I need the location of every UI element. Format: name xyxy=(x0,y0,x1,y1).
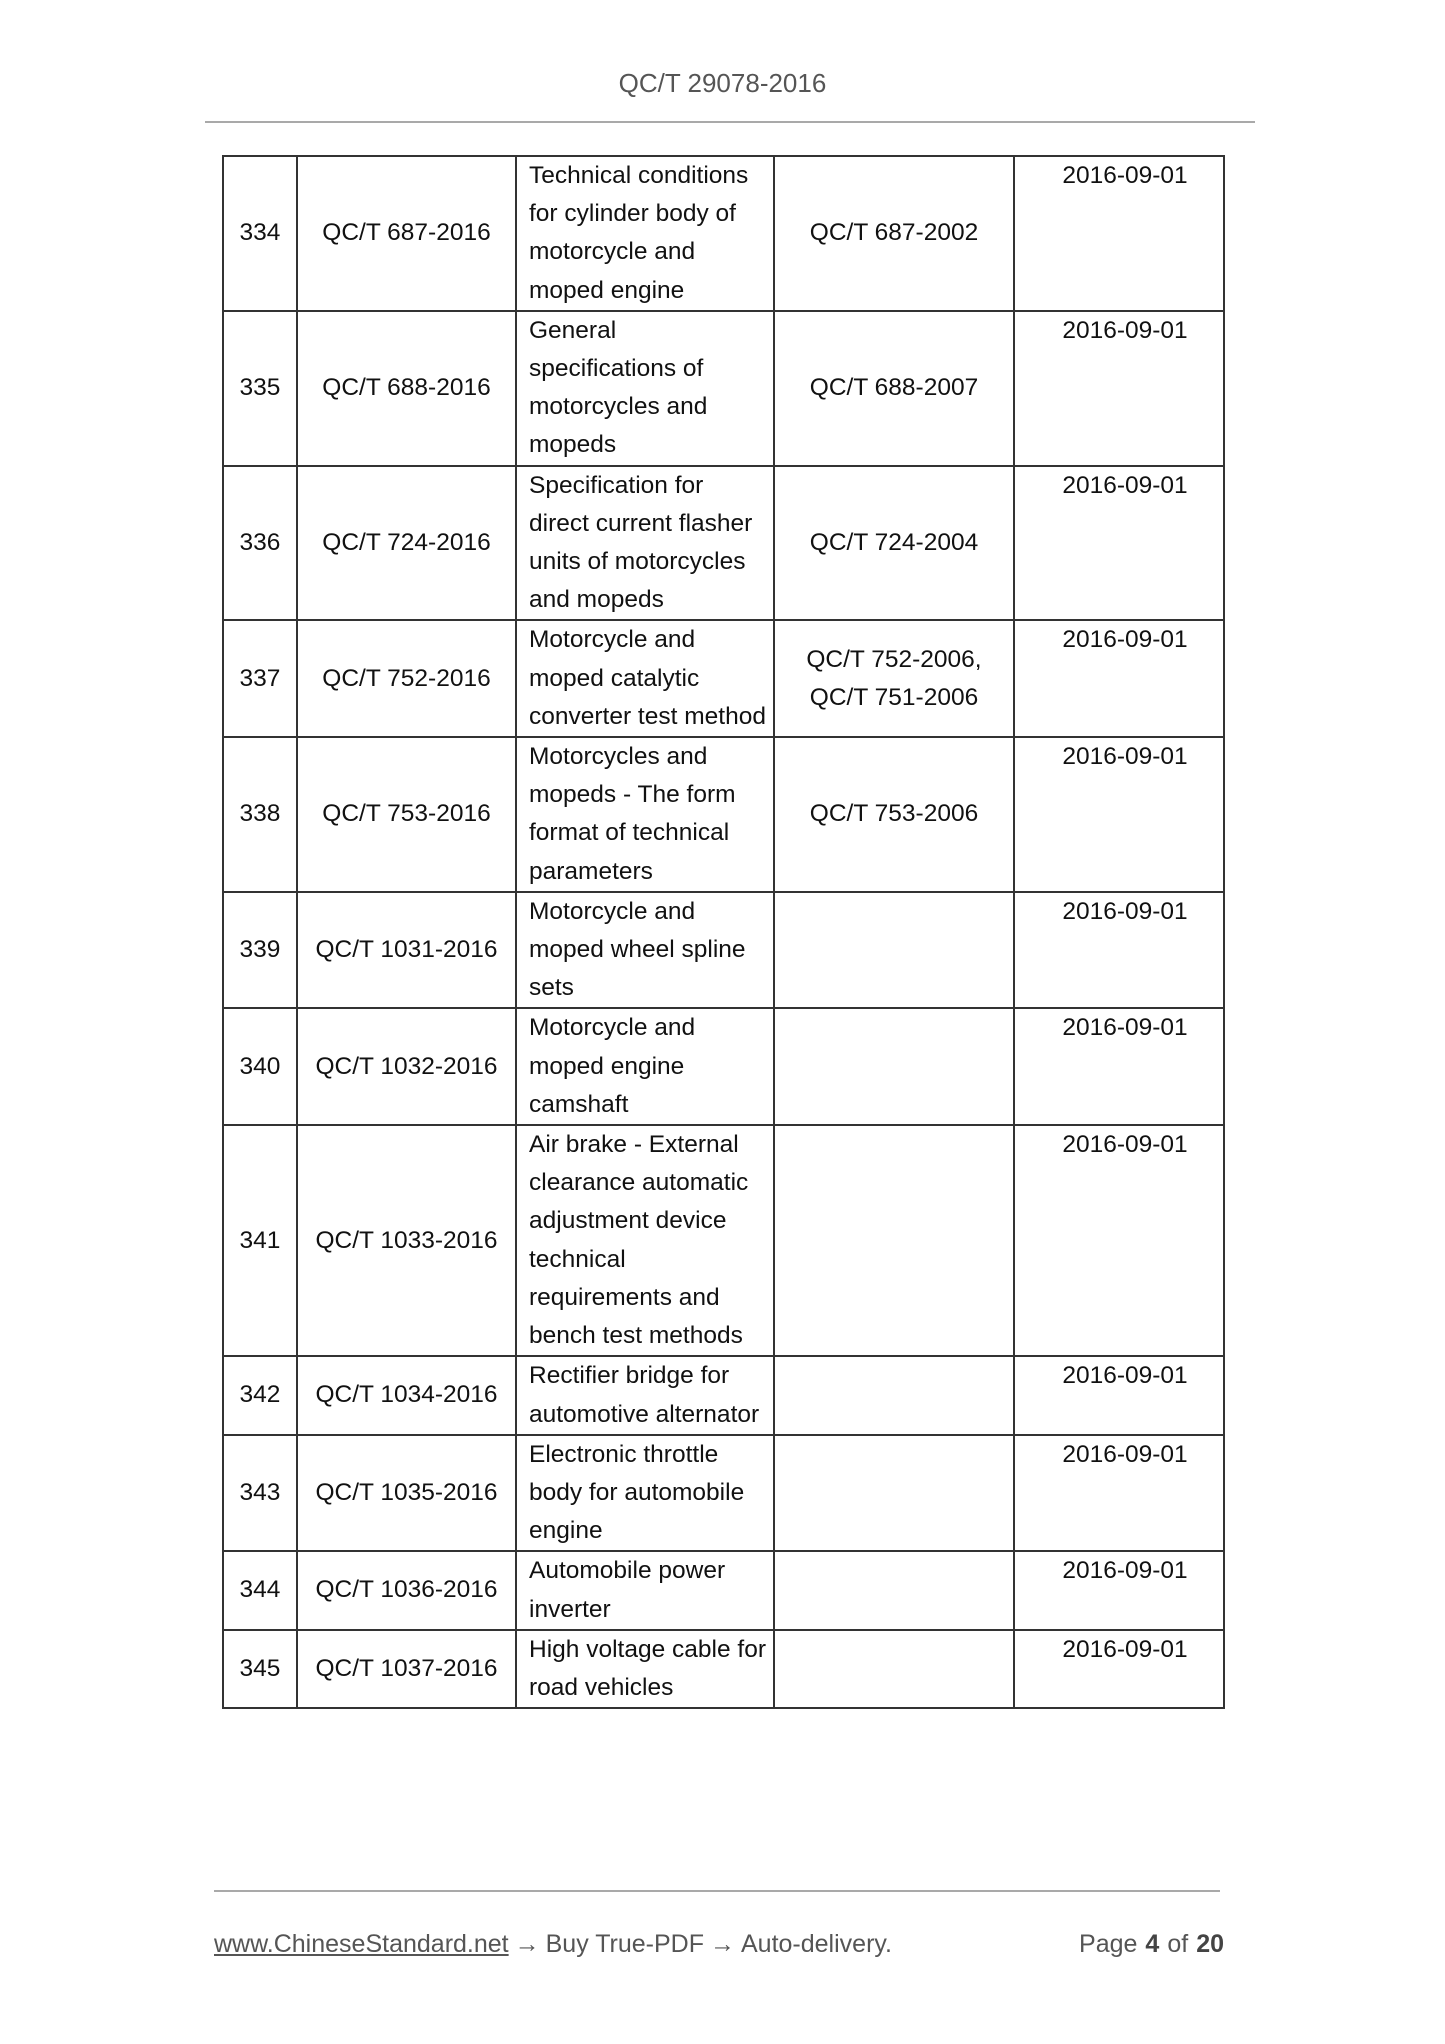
page-indicator: Page4of20 xyxy=(1079,1930,1224,1959)
implementation-date-cell: 2016-09-01 xyxy=(1014,1630,1224,1708)
standard-title-cell: High voltage cable for road vehicles xyxy=(516,1630,774,1708)
replaced-standard-cell xyxy=(774,1630,1014,1708)
footer-divider xyxy=(214,1890,1220,1892)
standard-code-cell: QC/T 687-2016 xyxy=(297,156,516,311)
current-page-number: 4 xyxy=(1145,1930,1159,1958)
standard-code-cell: QC/T 1036-2016 xyxy=(297,1551,516,1629)
document-footer: www.ChineseStandard.net→Buy True-PDF→Aut… xyxy=(214,1930,1224,1959)
row-number-cell: 344 xyxy=(223,1551,297,1629)
row-number-cell: 338 xyxy=(223,737,297,892)
standard-code-cell: QC/T 724-2016 xyxy=(297,466,516,621)
table-row: 343 QC/T 1035-2016 Electronic throttle b… xyxy=(223,1435,1224,1552)
total-page-count: 20 xyxy=(1196,1930,1224,1958)
row-number-cell: 335 xyxy=(223,311,297,466)
standard-title-cell: Motorcycle and moped catalytic converter… xyxy=(516,620,774,737)
implementation-date-cell: 2016-09-01 xyxy=(1014,1551,1224,1629)
footer-promo: www.ChineseStandard.net→Buy True-PDF→Aut… xyxy=(214,1930,892,1959)
table-row: 344 QC/T 1036-2016 Automobile power inve… xyxy=(223,1551,1224,1629)
standard-title-cell: Automobile power inverter xyxy=(516,1551,774,1629)
table-row: 337 QC/T 752-2016 Motorcycle and moped c… xyxy=(223,620,1224,737)
right-arrow-icon: → xyxy=(509,1930,546,1958)
standard-title-cell: Rectifier bridge for automotive alternat… xyxy=(516,1356,774,1434)
table-row: 345 QC/T 1037-2016 High voltage cable fo… xyxy=(223,1630,1224,1708)
standard-code-cell: QC/T 1034-2016 xyxy=(297,1356,516,1434)
row-number-cell: 342 xyxy=(223,1356,297,1434)
standard-code-cell: QC/T 1033-2016 xyxy=(297,1125,516,1356)
standard-title-cell: General specifications of motorcycles an… xyxy=(516,311,774,466)
implementation-date-cell: 2016-09-01 xyxy=(1014,1435,1224,1552)
replaced-standard-cell xyxy=(774,892,1014,1009)
document-header-title: QC/T 29078-2016 xyxy=(0,68,1445,99)
implementation-date-cell: 2016-09-01 xyxy=(1014,1356,1224,1434)
implementation-date-cell: 2016-09-01 xyxy=(1014,737,1224,892)
implementation-date-cell: 2016-09-01 xyxy=(1014,156,1224,311)
standard-code-cell: QC/T 1035-2016 xyxy=(297,1435,516,1552)
row-number-cell: 336 xyxy=(223,466,297,621)
replaced-standard-cell: QC/T 687-2002 xyxy=(774,156,1014,311)
table-row: 340 QC/T 1032-2016 Motorcycle and moped … xyxy=(223,1008,1224,1125)
replaced-standard-cell xyxy=(774,1551,1014,1629)
standard-code-cell: QC/T 753-2016 xyxy=(297,737,516,892)
row-number-cell: 334 xyxy=(223,156,297,311)
standard-title-cell: Motorcycles and mopeds - The form format… xyxy=(516,737,774,892)
implementation-date-cell: 2016-09-01 xyxy=(1014,1125,1224,1356)
table-row: 341 QC/T 1033-2016 Air brake - External … xyxy=(223,1125,1224,1356)
header-divider xyxy=(205,121,1255,123)
auto-delivery-text: Auto-delivery. xyxy=(741,1930,892,1958)
standards-table: 334 QC/T 687-2016 Technical conditions f… xyxy=(222,155,1225,1709)
standard-code-cell: QC/T 688-2016 xyxy=(297,311,516,466)
replaced-standard-cell xyxy=(774,1356,1014,1434)
implementation-date-cell: 2016-09-01 xyxy=(1014,1008,1224,1125)
row-number-cell: 340 xyxy=(223,1008,297,1125)
standard-code-cell: QC/T 752-2016 xyxy=(297,620,516,737)
standard-title-cell: Electronic throttle body for automobile … xyxy=(516,1435,774,1552)
standard-title-cell: Specification for direct current flasher… xyxy=(516,466,774,621)
implementation-date-cell: 2016-09-01 xyxy=(1014,311,1224,466)
standard-code-cell: QC/T 1037-2016 xyxy=(297,1630,516,1708)
replaced-standard-cell: QC/T 688-2007 xyxy=(774,311,1014,466)
replaced-standard-cell xyxy=(774,1125,1014,1356)
standard-title-cell: Air brake - External clearance automatic… xyxy=(516,1125,774,1356)
implementation-date-cell: 2016-09-01 xyxy=(1014,892,1224,1009)
buy-true-pdf-text: Buy True-PDF xyxy=(546,1930,704,1958)
table-row: 334 QC/T 687-2016 Technical conditions f… xyxy=(223,156,1224,311)
row-number-cell: 341 xyxy=(223,1125,297,1356)
replaced-standard-cell: QC/T 752-2006, QC/T 751-2006 xyxy=(774,620,1014,737)
table-row: 338 QC/T 753-2016 Motorcycles and mopeds… xyxy=(223,737,1224,892)
replaced-standard-cell: QC/T 724-2004 xyxy=(774,466,1014,621)
table-row: 335 QC/T 688-2016 General specifications… xyxy=(223,311,1224,466)
row-number-cell: 339 xyxy=(223,892,297,1009)
right-arrow-icon: → xyxy=(704,1930,741,1958)
standard-title-cell: Motorcycle and moped wheel spline sets xyxy=(516,892,774,1009)
replaced-standard-cell xyxy=(774,1008,1014,1125)
row-number-cell: 343 xyxy=(223,1435,297,1552)
table-row: 339 QC/T 1031-2016 Motorcycle and moped … xyxy=(223,892,1224,1009)
table-row: 336 QC/T 724-2016 Specification for dire… xyxy=(223,466,1224,621)
standard-title-cell: Motorcycle and moped engine camshaft xyxy=(516,1008,774,1125)
table-row: 342 QC/T 1034-2016 Rectifier bridge for … xyxy=(223,1356,1224,1434)
implementation-date-cell: 2016-09-01 xyxy=(1014,620,1224,737)
standard-title-cell: Technical conditions for cylinder body o… xyxy=(516,156,774,311)
row-number-cell: 337 xyxy=(223,620,297,737)
replaced-standard-cell: QC/T 753-2006 xyxy=(774,737,1014,892)
chinesestandard-link[interactable]: www.ChineseStandard.net xyxy=(214,1930,509,1958)
standard-code-cell: QC/T 1031-2016 xyxy=(297,892,516,1009)
replaced-standard-cell xyxy=(774,1435,1014,1552)
page-label: Page xyxy=(1079,1930,1137,1958)
page-of-label: of xyxy=(1167,1930,1188,1958)
row-number-cell: 345 xyxy=(223,1630,297,1708)
implementation-date-cell: 2016-09-01 xyxy=(1014,466,1224,621)
standard-code-cell: QC/T 1032-2016 xyxy=(297,1008,516,1125)
